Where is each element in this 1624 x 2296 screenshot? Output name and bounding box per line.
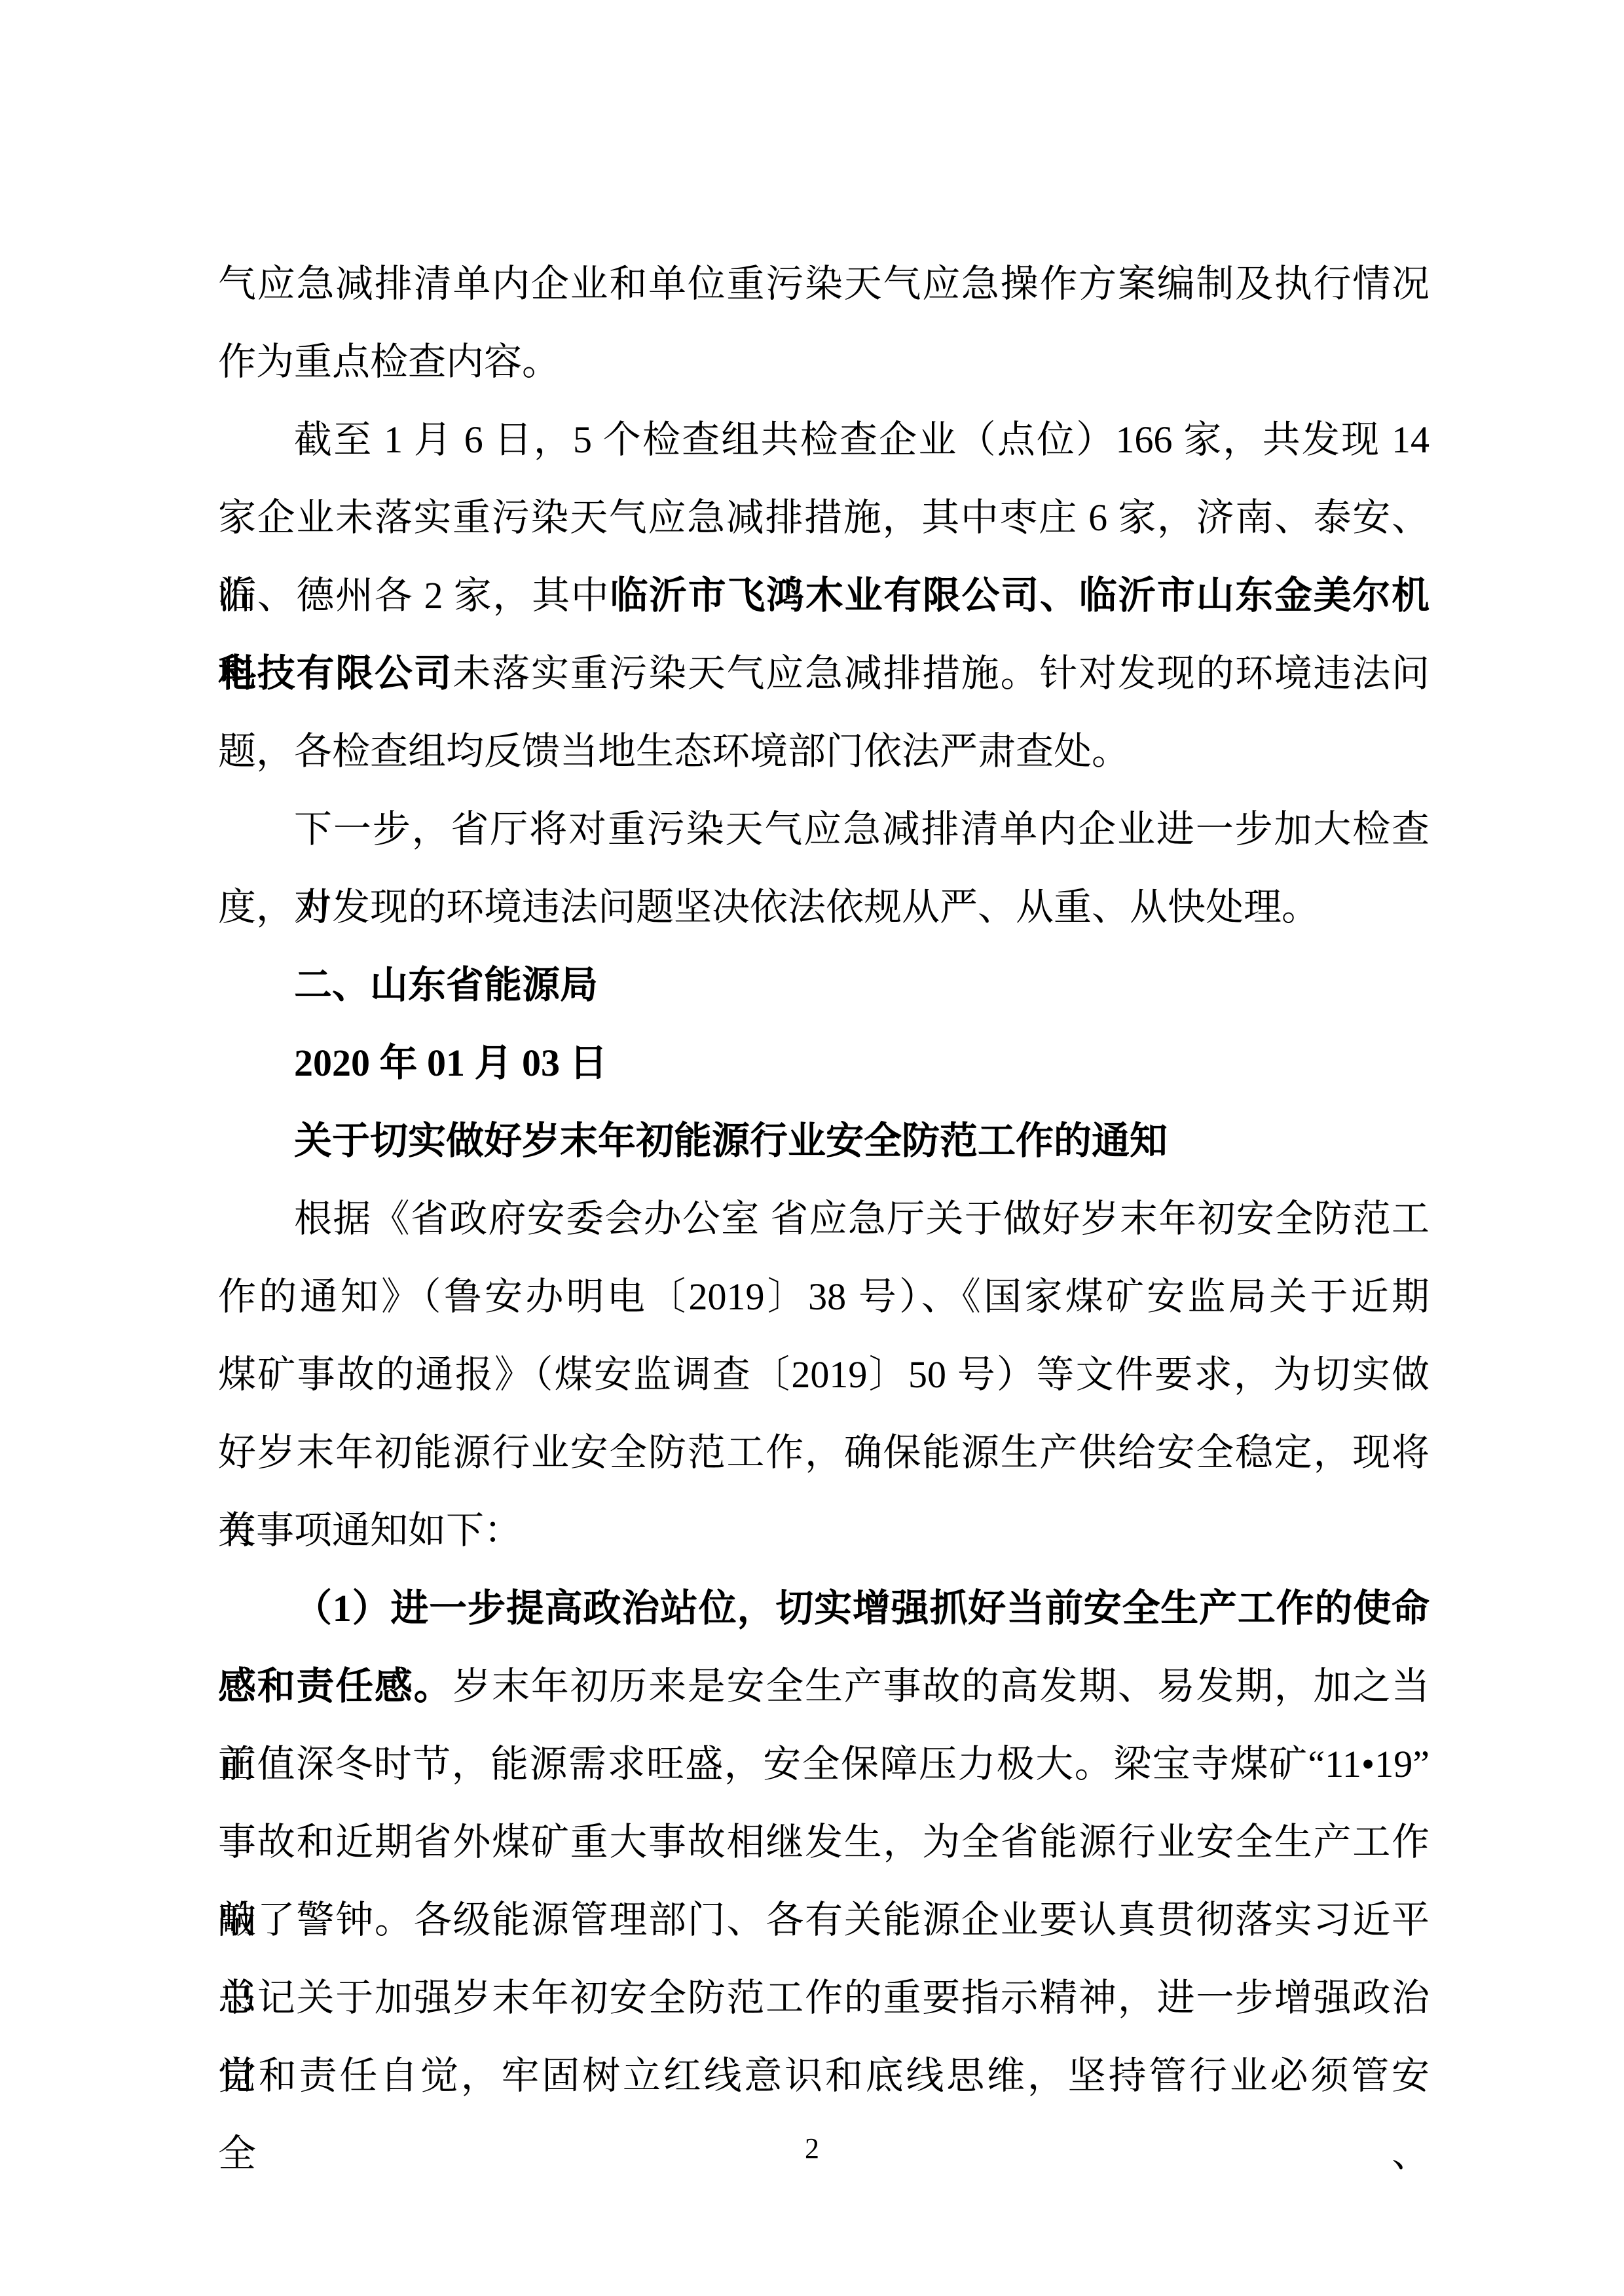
text-segment: 正值深冬时节，能源需求旺盛，安全保障压力极大。梁宝寺煤矿“11•19” xyxy=(218,1743,1430,1785)
text-segment: 煤矿事故的通报》（煤安监调查〔2019〕50 号）等文件要求，为切实做 xyxy=(218,1353,1430,1396)
text-line: 截至 1 月 6 日，5 个检查组共检查企业（点位）166 家，共发现 14 xyxy=(218,401,1430,479)
text-line: 事故和近期省外煤矿重大事故相继发生，为全省能源行业安全生产工作敲 xyxy=(218,1803,1430,1881)
text-segment: 根据《省政府安委会办公室 省应急厅关于做好岁末年初安全防范工 xyxy=(294,1197,1430,1240)
text-line: 觉和责任自觉，牢固树立红线意识和底线思维，坚持管行业必须管安全、 xyxy=(218,2037,1430,2115)
text-line: 作为重点检查内容。 xyxy=(218,323,1430,401)
text-segment: 沂、德州各 2 家，其中 xyxy=(218,574,610,617)
text-line: 煤矿事故的通报》（煤安监调查〔2019〕50 号）等文件要求，为切实做 xyxy=(218,1336,1430,1413)
bold-text-segment: （1）进一步提高政治站位，切实增强抓好当前安全生产工作的使命 xyxy=(294,1587,1430,1630)
text-line: 度，对发现的环境违法问题坚决依法依规从严、从重、从快处理。 xyxy=(218,868,1430,946)
text-line: 气应急减排清单内企业和单位重污染天气应急操作方案编制及执行情况 xyxy=(218,245,1430,323)
bold-text-segment: 科技有限公司 xyxy=(218,652,452,695)
text-segment: 度，对发现的环境违法问题坚决依法依规从严、从重、从快处理。 xyxy=(218,886,1319,928)
bold-text-segment: 关于切实做好岁末年初能源行业安全防范工作的通知 xyxy=(294,1120,1168,1162)
text-line: 关于切实做好岁末年初能源行业安全防范工作的通知 xyxy=(218,1102,1430,1180)
text-line: 根据《省政府安委会办公室 省应急厅关于做好岁末年初安全防范工 xyxy=(218,1180,1430,1258)
text-line: 感和责任感。岁末年初历来是安全生产事故的高发期、易发期，加之当前 xyxy=(218,1647,1430,1725)
bold-text-segment: 二、山东省能源局 xyxy=(294,964,598,1006)
text-line: 2020 年 01 月 03 日 xyxy=(218,1024,1430,1102)
text-line: 关事项通知如下： xyxy=(218,1491,1430,1569)
text-line: 沂、德州各 2 家，其中临沂市飞鸿木业有限公司、临沂市山东金美尔机电 xyxy=(218,556,1430,634)
text-segment: 作的通知》（鲁安办明电〔2019〕38 号）、《国家煤矿安监局关于近期 xyxy=(218,1275,1430,1318)
text-segment: 气应急减排清单内企业和单位重污染天气应急操作方案编制及执行情况 xyxy=(218,263,1430,305)
document-page: 气应急减排清单内企业和单位重污染天气应急操作方案编制及执行情况作为重点检查内容。… xyxy=(0,0,1624,2296)
bold-text-segment: 2020 年 01 月 03 日 xyxy=(294,1042,608,1084)
text-line: 二、山东省能源局 xyxy=(218,946,1430,1024)
text-line: 作的通知》（鲁安办明电〔2019〕38 号）、《国家煤矿安监局关于近期 xyxy=(218,1258,1430,1336)
text-line: 题，各检查组均反馈当地生态环境部门依法严肃查处。 xyxy=(218,712,1430,790)
text-line: 正值深冬时节，能源需求旺盛，安全保障压力极大。梁宝寺煤矿“11•19” xyxy=(218,1725,1430,1803)
text-line: 科技有限公司未落实重污染天气应急减排措施。针对发现的环境违法问 xyxy=(218,634,1430,712)
text-line: 下一步，省厅将对重污染天气应急减排清单内企业进一步加大检查力 xyxy=(218,790,1430,868)
text-line: 家企业未落实重污染天气应急减排措施，其中枣庄 6 家，济南、泰安、临 xyxy=(218,479,1430,556)
page-number: 2 xyxy=(0,2129,1624,2168)
text-segment: 作为重点检查内容。 xyxy=(218,340,560,383)
text-line: （1）进一步提高政治站位，切实增强抓好当前安全生产工作的使命 xyxy=(218,1569,1430,1647)
text-line: 响了警钟。各级能源管理部门、各有关能源企业要认真贯彻落实习近平总 xyxy=(218,1881,1430,1959)
text-segment: 截至 1 月 6 日，5 个检查组共检查企业（点位）166 家，共发现 14 xyxy=(294,418,1430,461)
text-segment: 未落实重污染天气应急减排措施。针对发现的环境违法问 xyxy=(452,652,1430,695)
bold-text-segment: 感和责任感。 xyxy=(218,1665,452,1707)
text-segment: 题，各检查组均反馈当地生态环境部门依法严肃查处。 xyxy=(218,730,1130,773)
document-body: 气应急减排清单内企业和单位重污染天气应急操作方案编制及执行情况作为重点检查内容。… xyxy=(218,245,1430,2115)
text-line: 书记关于加强岁末年初安全防范工作的重要指示精神，进一步增强政治自 xyxy=(218,1959,1430,2037)
text-segment: 关事项通知如下： xyxy=(218,1509,522,1552)
text-line: 好岁末年初能源行业安全防范工作，确保能源生产供给安全稳定，现将有 xyxy=(218,1413,1430,1491)
